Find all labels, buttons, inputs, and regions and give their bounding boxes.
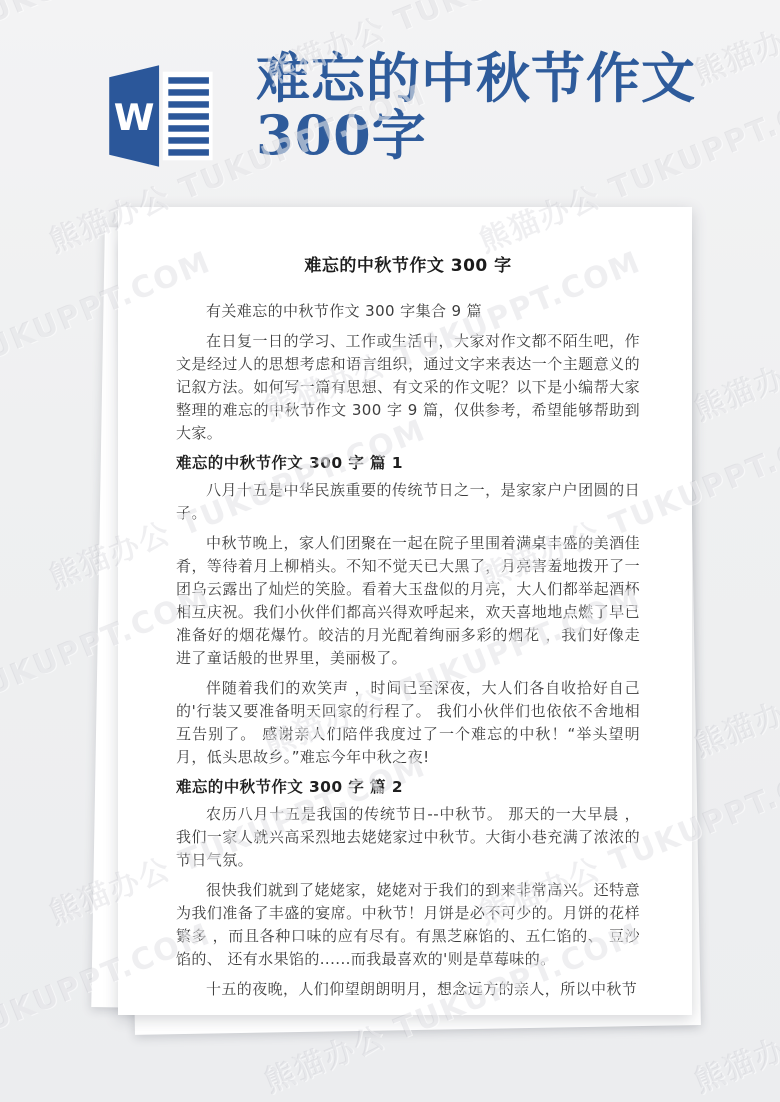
- doc-paragraph: 农历八月十五是我国的传统节日--中秋节。 那天的一大早晨 ，我们一家人就兴高采烈…: [176, 803, 640, 872]
- section-heading: 难忘的中秋节作文 300 字 篇 2: [176, 776, 640, 798]
- word-file-icon: W: [100, 60, 220, 172]
- doc-inner-title: 难忘的中秋节作文 300 字: [176, 251, 640, 276]
- page-canvas: W 难忘的中秋节作文300字 难忘的中秋节作文 300 字 有关难忘的中秋节作文…: [0, 0, 780, 1102]
- doc-paragraph: 有关难忘的中秋节作文 300 字集合 9 篇: [176, 300, 640, 323]
- doc-body: 有关难忘的中秋节作文 300 字集合 9 篇在日复一日的学习、工作或生活中，大家…: [176, 300, 640, 1001]
- document-page-1[interactable]: 难忘的中秋节作文 300 字 有关难忘的中秋节作文 300 字集合 9 篇在日复…: [118, 207, 692, 1015]
- document-header: W 难忘的中秋节作文300字: [0, 0, 780, 206]
- word-file-icon-svg: W: [100, 60, 220, 172]
- doc-paragraph: 很快我们就到了姥姥家，姥姥对于我们的到来非常高兴。还特意为我们准备了丰盛的宴席。…: [176, 879, 640, 971]
- doc-paragraph: 在日复一日的学习、工作或生活中，大家对作文都不陌生吧，作文是经过人的思想考虑和语…: [176, 330, 640, 445]
- doc-paragraph: 八月十五是中华民族重要的传统节日之一，是家家户户团圆的日子。: [176, 479, 640, 525]
- section-heading: 难忘的中秋节作文 300 字 篇 1: [176, 452, 640, 474]
- doc-paragraph: 十五的夜晚，人们仰望朗朗明月，想念远方的亲人，所以中秋节: [176, 978, 640, 1001]
- page-title: 难忘的中秋节作文300字: [256, 50, 726, 164]
- doc-paragraph: 中秋节晚上，家人们团聚在一起在院子里围着满桌丰盛的美酒佳肴，等待着月上柳梢头。不…: [176, 532, 640, 670]
- svg-text:W: W: [114, 96, 155, 139]
- doc-paragraph: 伴随着我们的欢笑声 ，时间已至深夜，大人们各自收拾好自己的'行装又要准备明天回家…: [176, 677, 640, 769]
